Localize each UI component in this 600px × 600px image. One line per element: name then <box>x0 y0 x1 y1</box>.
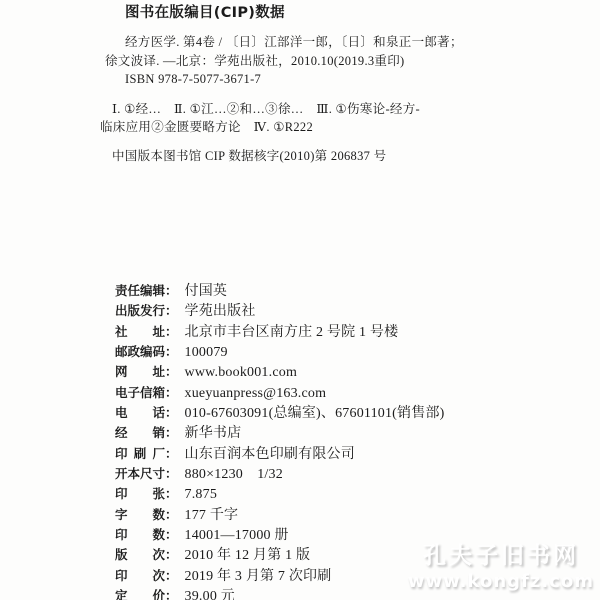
pub-row-impression: 印次：2019 年 3 月第 7 次印刷 <box>115 566 445 586</box>
pub-value: 付国英 <box>185 282 228 301</box>
pub-value: 100079 <box>185 343 228 362</box>
pub-colon: ： <box>165 484 178 503</box>
pub-colon: ： <box>165 566 178 585</box>
pub-row-email: 电子信箱：xueyuanpress@163.com <box>115 383 445 403</box>
pub-row-publisher: 出版发行：学苑出版社 <box>115 301 445 321</box>
pub-colon: ： <box>165 403 178 422</box>
pub-label: 邮政编码 <box>115 342 165 361</box>
pub-label: 开本尺寸 <box>115 464 165 483</box>
pub-row-distributor: 经销：新华书店 <box>115 423 445 443</box>
pub-label: 电话 <box>115 403 165 422</box>
pub-row-address: 社址：北京市丰台区南方庄 2 号院 1 号楼 <box>115 322 445 342</box>
pub-value: www.book001.com <box>185 363 298 382</box>
copyright-page: 图书在版编目(CIP)数据 经方医学. 第4卷 / 〔日〕江部洋一郎，〔日〕和泉… <box>0 0 600 600</box>
watermark: 孔夫子旧书网 www.kongfz.com <box>408 537 594 592</box>
pub-value: 山东百润本色印刷有限公司 <box>185 445 355 464</box>
pub-label: 责任编辑 <box>115 281 165 300</box>
pub-colon: ： <box>165 464 178 483</box>
cip-line-classify-2: 临床应用②金匮要略方论 Ⅳ. ①R222 <box>100 118 570 137</box>
pub-colon: ： <box>165 525 178 544</box>
cip-line-isbn: ISBN 978-7-5077-3671-7 <box>100 70 570 89</box>
pub-label: 印刷厂 <box>115 444 165 463</box>
pub-colon: ： <box>165 301 178 320</box>
publication-info-list: 责任编辑：付国英 出版发行：学苑出版社 社址：北京市丰台区南方庄 2 号院 1 … <box>115 281 445 600</box>
pub-colon: ： <box>165 362 178 381</box>
pub-value: 学苑出版社 <box>185 302 256 321</box>
pub-label: 出版发行 <box>115 301 165 320</box>
pub-label: 印次 <box>115 566 165 585</box>
pub-label: 定价 <box>115 586 165 600</box>
pub-label: 社址 <box>115 322 165 341</box>
cip-line-book-info: 经方医学. 第4卷 / 〔日〕江部洋一郎，〔日〕和泉正一郎著； <box>100 33 570 52</box>
pub-value: 177 千字 <box>185 506 239 525</box>
pub-row-wordcount: 字数：177 千字 <box>115 505 445 525</box>
pub-row-printrun: 印数：14001—17000 册 <box>115 525 445 545</box>
cip-line-record-no: 中国版本图书馆 CIP 数据核字(2010)第 206837 号 <box>100 147 570 166</box>
pub-label: 电子信箱 <box>115 383 165 402</box>
pub-label: 印张 <box>115 484 165 503</box>
pub-label: 版次 <box>115 545 165 564</box>
cip-title: 图书在版编目(CIP)数据 <box>100 4 570 23</box>
pub-colon: ： <box>165 545 178 564</box>
pub-row-format: 开本尺寸：880×1230 1/32 <box>115 464 445 484</box>
pub-label: 网址 <box>115 362 165 381</box>
pub-value: 7.875 <box>185 485 218 504</box>
pub-colon: ： <box>165 505 178 524</box>
pub-value: 新华书店 <box>185 424 242 443</box>
pub-colon: ： <box>165 281 178 300</box>
cip-block: 图书在版编目(CIP)数据 经方医学. 第4卷 / 〔日〕江部洋一郎，〔日〕和泉… <box>100 4 570 165</box>
pub-colon: ： <box>165 586 178 600</box>
pub-colon: ： <box>165 423 178 442</box>
pub-row-editor: 责任编辑：付国英 <box>115 281 445 301</box>
pub-label: 经销 <box>115 423 165 442</box>
pub-row-price: 定价：39.00 元 <box>115 586 445 600</box>
pub-value: 2019 年 3 月第 7 次印刷 <box>185 567 332 586</box>
pub-colon: ： <box>165 322 178 341</box>
cip-line-classify-1: Ⅰ. ①经… Ⅱ. ①江…②和…③徐… Ⅲ. ①伤寒论-经方- <box>100 100 570 119</box>
pub-colon: ： <box>165 383 178 402</box>
pub-label: 字数 <box>115 505 165 524</box>
pub-row-sheets: 印张：7.875 <box>115 484 445 504</box>
pub-value: xueyuanpress@163.com <box>185 384 327 403</box>
pub-value: 2010 年 12 月第 1 版 <box>185 546 311 565</box>
pub-value: 010-67603091(总编室)、67601101(销售部) <box>185 404 445 423</box>
pub-colon: ： <box>165 444 178 463</box>
pub-row-phone: 电话：010-67603091(总编室)、67601101(销售部) <box>115 403 445 423</box>
watermark-site-url: www.kongfz.com <box>408 571 594 592</box>
pub-row-edition: 版次：2010 年 12 月第 1 版 <box>115 545 445 565</box>
pub-value: 880×1230 1/32 <box>185 465 283 484</box>
watermark-site-name: 孔夫子旧书网 <box>408 537 594 570</box>
pub-label: 印数 <box>115 525 165 544</box>
pub-row-printer: 印刷厂：山东百润本色印刷有限公司 <box>115 444 445 464</box>
pub-value: 39.00 元 <box>185 587 235 600</box>
pub-row-postcode: 邮政编码：100079 <box>115 342 445 362</box>
pub-value: 北京市丰台区南方庄 2 号院 1 号楼 <box>185 323 399 342</box>
pub-row-website: 网址：www.book001.com <box>115 362 445 382</box>
pub-colon: ： <box>165 342 178 361</box>
pub-value: 14001—17000 册 <box>185 526 289 545</box>
cip-line-publisher: 徐文波译. —北京：学苑出版社，2010.10(2019.3重印) <box>100 52 570 71</box>
